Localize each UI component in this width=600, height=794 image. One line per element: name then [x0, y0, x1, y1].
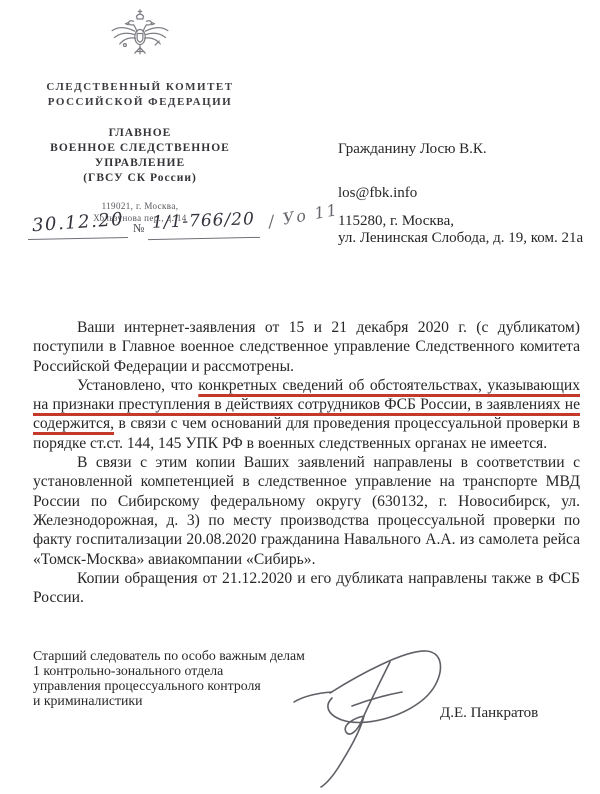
number-blank-line	[148, 237, 260, 240]
paragraph-1: Ваши интернет-заявления от 15 и 21 декаб…	[33, 318, 580, 376]
paragraph-3: В связи с этим копии Ваших заявлений нап…	[33, 453, 580, 569]
org-name-line2: РОССИЙСКОЙ ФЕДЕРАЦИИ	[20, 95, 260, 110]
recipient-address-line2: ул. Ленинская Слобода, д. 19, ком. 21а	[338, 230, 583, 246]
paragraph-4: Копии обращения от 21.12.2020 и его дубл…	[33, 569, 580, 608]
paragraph-2-pre: Установлено, что	[77, 377, 198, 394]
date-blank-line	[28, 237, 128, 240]
signer-name: Д.Е. Панкратов	[440, 705, 538, 722]
recipient-email: los@fbk.info	[338, 184, 588, 202]
handwritten-outgoing-number: 1/1-766/20	[152, 209, 256, 233]
handwritten-signature	[280, 640, 455, 792]
dept-name-line3: УПРАВЛЕНИЕ	[20, 156, 260, 171]
scanned-letter-page: СЛЕДСТВЕННЫЙ КОМИТЕТ РОССИЙСКОЙ ФЕДЕРАЦИ…	[0, 0, 600, 794]
paragraph-2: Установлено, что конкретных сведений об …	[33, 376, 580, 453]
letter-body: Ваши интернет-заявления от 15 и 21 декаб…	[33, 318, 580, 607]
recipient-address-line1: 115280, г. Москва,	[338, 213, 454, 229]
letterhead: СЛЕДСТВЕННЫЙ КОМИТЕТ РОССИЙСКОЙ ФЕДЕРАЦИ…	[20, 8, 260, 224]
recipient-block: Гражданину Лосю В.К. los@fbk.info 115280…	[338, 140, 588, 247]
number-sign: №	[133, 221, 144, 236]
org-name-line1: СЛЕДСТВЕННЫЙ КОМИТЕТ	[20, 80, 260, 95]
dept-name-line2: ВОЕННОЕ СЛЕДСТВЕННОЕ	[20, 141, 260, 156]
russian-coat-of-arms-icon	[107, 8, 173, 66]
handwritten-number-suffix: / Уо 11	[267, 200, 340, 231]
recipient-name: Гражданину Лосю В.К.	[338, 140, 588, 158]
paragraph-2-post: в связи с чем оснований для проведения п…	[33, 415, 580, 451]
dept-name-line1: ГЛАВНОЕ	[20, 126, 260, 141]
dept-name-line4: (ГВСУ СК России)	[20, 171, 260, 186]
